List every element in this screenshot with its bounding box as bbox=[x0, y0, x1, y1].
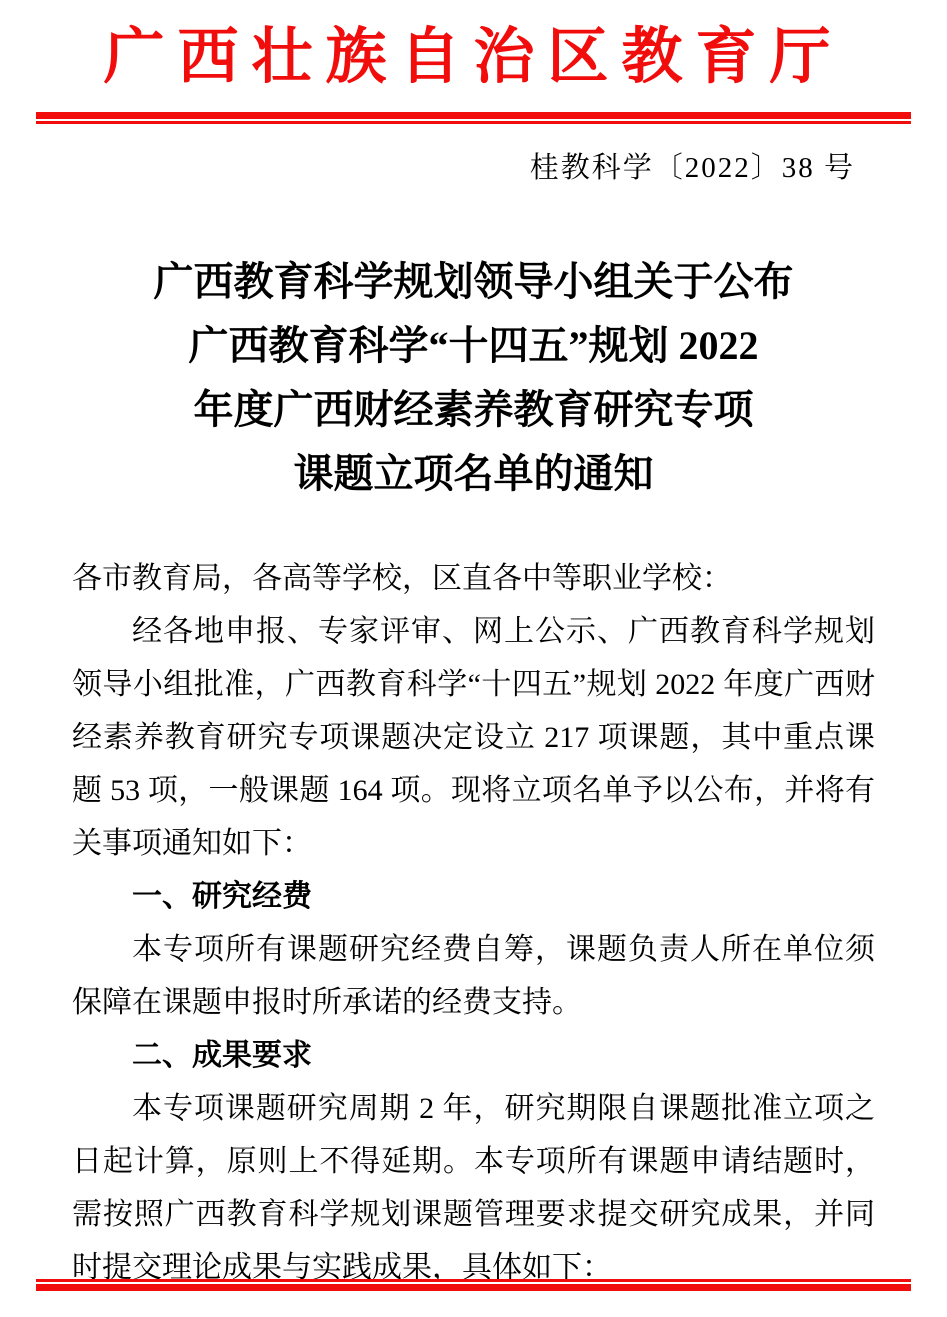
section-2-body: 本专项课题研究周期 2 年，研究期限自课题批准立项之日起计算，原则上不得延期。本… bbox=[72, 1082, 875, 1294]
notice-title-line-3: 年度广西财经素养教育研究专项 bbox=[0, 378, 947, 442]
notice-title-line-4: 课题立项名单的通知 bbox=[0, 442, 947, 506]
bottom-rule-thick-line bbox=[36, 1284, 911, 1291]
section-1-body: 本专项所有课题研究经费自筹，课题负责人所在单位须保障在课题申报时所承诺的经费支持… bbox=[72, 923, 875, 1029]
notice-title-line-1: 广西教育科学规划领导小组关于公布 bbox=[0, 250, 947, 314]
notice-title: 广西教育科学规划领导小组关于公布 广西教育科学“十四五”规划 2022 年度广西… bbox=[0, 250, 947, 506]
salutation: 各市教育局，各高等学校，区直各中等职业学校： bbox=[72, 552, 875, 605]
intro-paragraph: 经各地申报、专家评审、网上公示、广西教育科学规划领导小组批准，广西教育科学“十四… bbox=[72, 605, 875, 870]
document-page: 广西壮族自治区教育厅 桂教科学〔2022〕38 号 广西教育科学规划领导小组关于… bbox=[0, 0, 947, 1317]
top-rule-thick-line bbox=[36, 112, 911, 119]
section-1-heading: 一、研究经费 bbox=[72, 870, 875, 923]
top-double-rule bbox=[36, 112, 911, 124]
letterhead-title: 广西壮族自治区教育厅 bbox=[0, 20, 947, 96]
top-rule-thin-line bbox=[36, 121, 911, 124]
document-body: 各市教育局，各高等学校，区直各中等职业学校： 经各地申报、专家评审、网上公示、广… bbox=[72, 552, 875, 1294]
section-2-heading: 二、成果要求 bbox=[72, 1029, 875, 1082]
notice-title-line-2: 广西教育科学“十四五”规划 2022 bbox=[0, 314, 947, 378]
bottom-double-rule bbox=[36, 1279, 911, 1291]
document-number: 桂教科学〔2022〕38 号 bbox=[0, 148, 947, 188]
